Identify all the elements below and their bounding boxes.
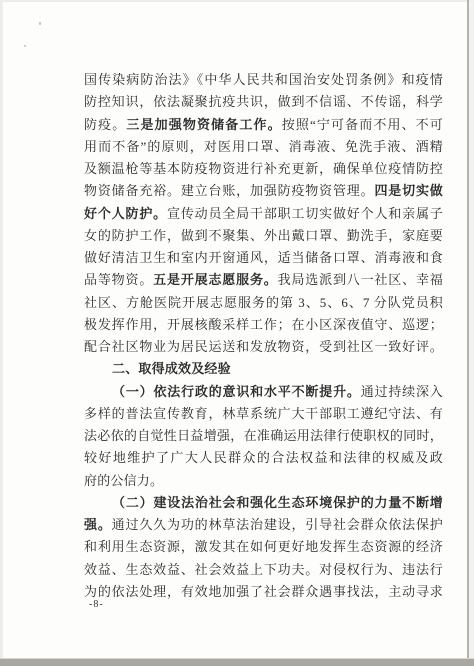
body-text: 为的依法处理，有效地加强了社会群众遇事找法，主动寻求	[84, 584, 443, 599]
text-line: 配合社区物业为居民运送和发放物资，受到社区一致好评。	[84, 336, 443, 358]
text-line: 府的公信力。	[84, 470, 443, 492]
scan-background: { "colors": { "text": "#2b2b2b", "page_b…	[0, 0, 474, 666]
body-text: 宣传动员全局干部职工切实做好个人和亲属子	[167, 206, 443, 221]
text-line: 好个人防护。宣传动员全局干部职工切实做好个人和亲属子	[84, 203, 443, 225]
body-text: 极发挥作用，开展核酸采样工作；在小区深夜值守、巡逻；	[84, 317, 443, 332]
scan-speck	[24, 45, 26, 47]
body-text: 和利用生态资源，激发其在如何更好地发挥生态资源的经济	[84, 539, 443, 554]
body-text: 防控知识，依法凝聚抗疫共识，做到不信谣、不传谣，科学	[84, 94, 443, 109]
body-text: 效益、生态效益、社会效益上下功夫。对侵权行为、违法行	[84, 562, 443, 577]
text-line: （一）依法行政的意识和水平不断提升。通过持续深入	[84, 381, 443, 403]
text-line: 防疫。三是加强物资储备工作。按照“宁可备而不用、不可	[84, 114, 443, 136]
body-text: 社区、方舱医院开展志愿服务的第 3、5、6、7 分队党员积	[84, 295, 443, 310]
body-text: 法必依的自觉性日益增强，在准确运用法律行使职权的同时，	[84, 428, 443, 443]
text-line: 国传染病防治法》《中华人民共和国治安处罚条例》和疫情	[84, 69, 443, 91]
text-line: 多样的普法宣传教育，林草系统广大干部职工遵纪守法、有	[84, 403, 443, 425]
text-line: 极发挥作用，开展核酸采样工作；在小区深夜值守、巡逻；	[84, 314, 443, 336]
emphasis-text: 二、取得成效及经验	[112, 361, 231, 376]
body-text: 通过持续深入	[361, 384, 443, 399]
text-line: （二）建设法治社会和强化生态环境保护的力量不断增	[84, 492, 443, 514]
body-text: 及额温枪等基本防疫物资进行补充更新，确保单位疫情防控	[84, 161, 443, 176]
scan-right-margin	[469, 0, 474, 658]
text-line: 为的依法处理，有效地加强了社会群众遇事找法，主动寻求	[84, 581, 443, 603]
text-line: 物资储备充裕。建立台账，加强防疫物资管理。四是切实做	[84, 180, 443, 202]
text-line: 效益、生态效益、社会效益上下功夫。对侵权行为、违法行	[84, 559, 443, 581]
body-text: 做好清洁卫生和室内开窗通风，适当储备口罩、消毒液和食	[84, 250, 443, 265]
text-line: 法必依的自觉性日益增强，在准确运用法律行使职权的同时，	[84, 425, 443, 447]
body-text: 按照“宁可备而不用、不可	[282, 117, 443, 132]
body-text: 配合社区物业为居民运送和发放物资，受到社区一致好评。	[84, 339, 443, 354]
body-text: 多样的普法宣传教育，林草系统广大干部职工遵纪守法、有	[84, 406, 443, 421]
body-text: 品等物资。	[84, 272, 153, 287]
text-line: 及额温枪等基本防疫物资进行补充更新，确保单位疫情防控	[84, 158, 443, 180]
emphasis-text: 五是开展志愿服务。	[153, 272, 277, 287]
body-text: 物资储备充裕。建立台账，加强防疫物资管理。	[84, 183, 374, 198]
emphasis-text: 三是加强物资储备工作。	[126, 117, 281, 132]
section-heading: 二、取得成效及经验	[84, 358, 443, 380]
text-line: 品等物资。五是开展志愿服务。我局选派到八一社区、幸福	[84, 269, 443, 291]
text-block: 国传染病防治法》《中华人民共和国治安处罚条例》和疫情防控知识，依法凝聚抗疫共识，…	[84, 69, 443, 603]
text-line: 和利用生态资源，激发其在如何更好地发挥生态资源的经济	[84, 536, 443, 558]
text-line: 女的防护工作，做到不聚集、外出戴口罩、勤洗手，家庭要	[84, 225, 443, 247]
emphasis-text: （二）建设法治社会和强化生态环境保护的力量不断增	[112, 495, 443, 510]
text-line: 防控知识，依法凝聚抗疫共识，做到不信谣、不传谣，科学	[84, 91, 443, 113]
body-text: 较好地维护了广大人民群众的合法权益和法律的权威及政	[84, 450, 443, 465]
body-text: 通过久久为功的林草法治建设，引导社会群众依法保护	[112, 517, 443, 532]
body-text: 女的防护工作，做到不聚集、外出戴口罩、勤洗手，家庭要	[84, 228, 443, 243]
text-line: 较好地维护了广大人民群众的合法权益和法律的权威及政	[84, 447, 443, 469]
text-line: 社区、方舱医院开展志愿服务的第 3、5、6、7 分队党员积	[84, 292, 443, 314]
text-line: 做好清洁卫生和室内开窗通风，适当储备口罩、消毒液和食	[84, 247, 443, 269]
text-line: 强。通过久久为功的林草法治建设，引导社会群众依法保护	[84, 514, 443, 536]
body-text: 府的公信力。	[84, 473, 163, 488]
scan-speck	[39, 22, 41, 25]
emphasis-text: （一）依法行政的意识和水平不断提升。	[112, 384, 361, 399]
scan-bottom-band	[0, 658, 474, 666]
emphasis-text: 四是切实做	[374, 183, 443, 198]
emphasis-text: 强。	[84, 517, 112, 532]
body-text: 用而不备”的原则，对医用口罩、消毒液、免洗手液、酒精	[84, 139, 443, 154]
page-number: -8-	[89, 598, 104, 612]
body-text: 我局选派到八一社区、幸福	[278, 272, 443, 287]
body-text: 国传染病防治法》《中华人民共和国治安处罚条例》和疫情	[84, 72, 443, 87]
emphasis-text: 好个人防护。	[84, 206, 167, 221]
body-text: 防疫。	[84, 117, 126, 132]
text-line: 用而不备”的原则，对医用口罩、消毒液、免洗手液、酒精	[84, 136, 443, 158]
